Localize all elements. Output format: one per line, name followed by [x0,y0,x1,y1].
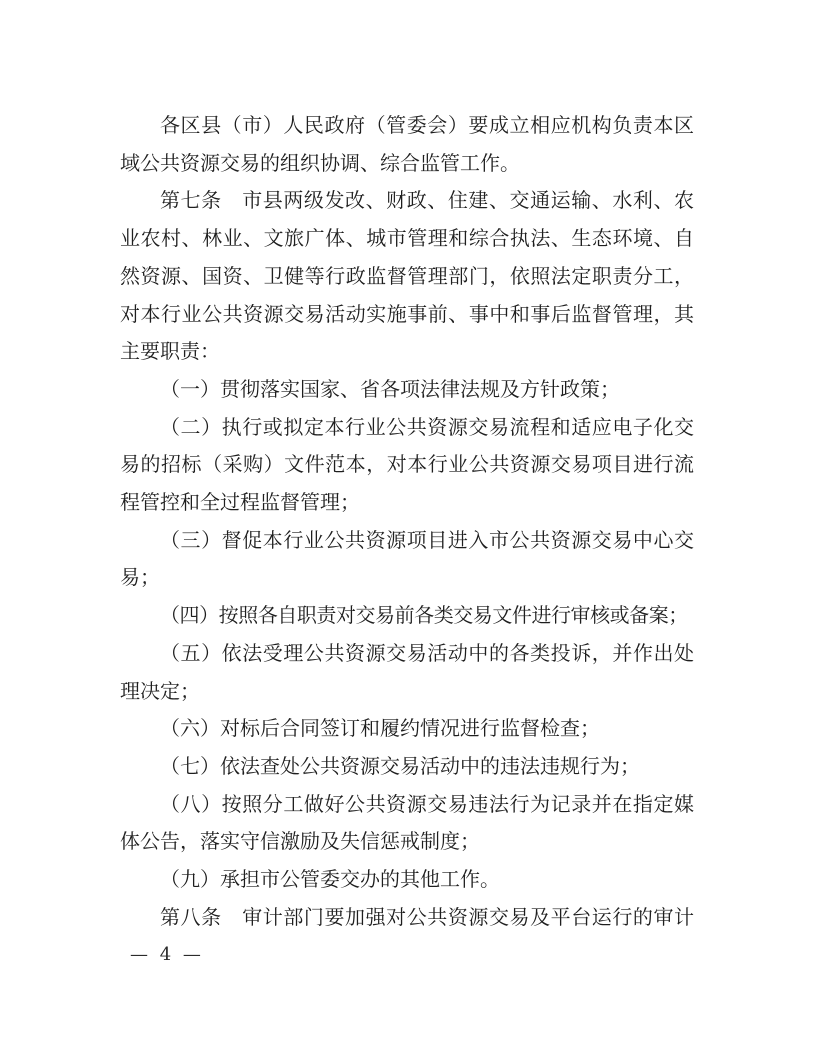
paragraph-article-8: 第八条 审计部门要加强对公共资源交易及平台运行的审计 [120,899,694,937]
paragraph-article-7: 第七条 市县两级发改、财政、住建、交通运输、水利、农业农村、林业、文旅广体、城市… [120,182,694,371]
paragraph-item-4: （四）按照各自职责对交易前各类交易文件进行审核或备案； [120,597,694,635]
document-page: 各区县（市）人民政府（管委会）要成立相应机构负责本区域公共资源交易的组织协调、综… [0,0,815,1055]
paragraph-item-6: （六）对标后合同签订和履约情况进行监督检查； [120,710,694,748]
paragraph-item-9: （九）承担市公管委交办的其他工作。 [120,861,694,899]
page-number: — 4 — [130,942,204,968]
paragraph-continuation: 各区县（市）人民政府（管委会）要成立相应机构负责本区域公共资源交易的组织协调、综… [120,107,694,182]
document-body: 各区县（市）人民政府（管委会）要成立相应机构负责本区域公共资源交易的组织协调、综… [120,107,694,936]
paragraph-item-1: （一）贯彻落实国家、省各项法律法规及方针政策； [120,371,694,409]
paragraph-item-8: （八）按照分工做好公共资源交易违法行为记录并在指定媒体公告，落实守信激励及失信惩… [120,786,694,861]
paragraph-item-2: （二）执行或拟定本行业公共资源交易流程和适应电子化交易的招标（采购）文件范本，对… [120,409,694,522]
paragraph-item-5: （五）依法受理公共资源交易活动中的各类投诉，并作出处理决定； [120,635,694,710]
paragraph-item-7: （七）依法查处公共资源交易活动中的违法违规行为； [120,748,694,786]
paragraph-item-3: （三）督促本行业公共资源项目进入市公共资源交易中心交易； [120,522,694,597]
